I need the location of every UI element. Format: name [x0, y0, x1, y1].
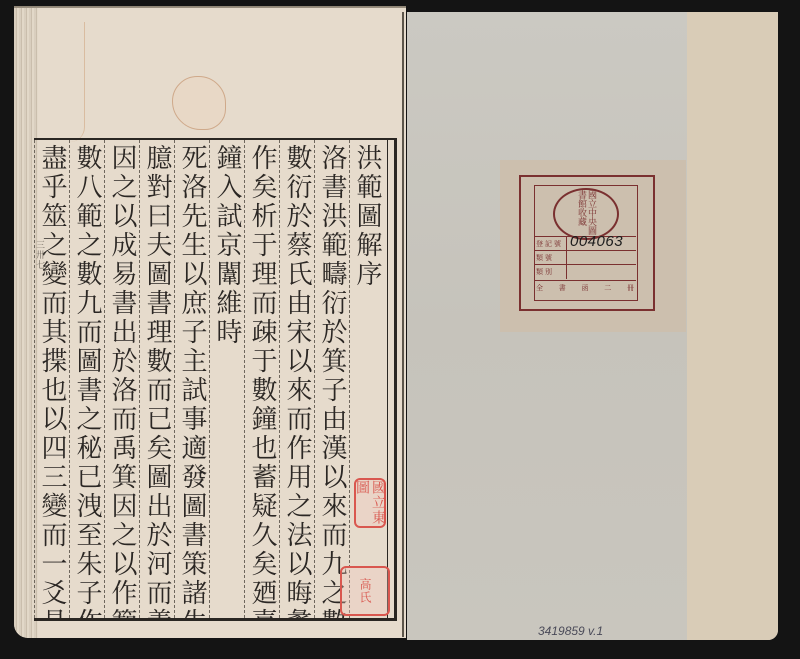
footer-char: 書: [559, 283, 566, 293]
book-gutter: [402, 12, 404, 637]
footer-char: 函: [582, 283, 589, 293]
text-column: 洛書洪範疇衍於箕子由漢以來而九之數不傳: [314, 140, 349, 618]
paper-strip: [687, 12, 778, 640]
red-seal-stamp: 國立東圖: [354, 478, 386, 528]
footer-char: 冊: [627, 283, 634, 293]
text-column: 鐘入試京闈維時: [209, 140, 244, 618]
print-frame: 洪範圖解序 洛書洪範疇衍於箕子由漢以來而九之數不傳 數衍於蔡氏由宋以來而作用之法…: [34, 138, 397, 621]
water-stain: [172, 76, 226, 130]
label-row-volume-count: 全 書 函 二 冊: [534, 280, 636, 295]
field-label: 登記號: [536, 239, 564, 249]
label-row-class-number: 類號: [534, 250, 636, 265]
text-column: 作矣析于理而疎于數鐘也蓄疑久矣廼嘉靖戊子: [244, 140, 279, 618]
margin-text: 三卅七: [36, 240, 46, 320]
text-column: 死洛先生以庶子主試事適發圖書策諸生鐘惟以: [174, 140, 209, 618]
text-column: 因之以成易書出於洛而禹箕因之以作範然卦之: [104, 140, 139, 618]
registration-number: 004063: [570, 233, 623, 250]
book-spread: 洪範圖解序 洛書洪範疇衍於箕子由漢以來而九之數不傳 數衍於蔡氏由宋以來而作用之法…: [0, 0, 800, 659]
field-label: 類別: [536, 267, 564, 277]
text-columns: 洪範圖解序 洛書洪範疇衍於箕子由漢以來而九之數不傳 數衍於蔡氏由宋以來而作用之法…: [34, 140, 384, 618]
shelf-mark: 3419859 v.1: [538, 624, 603, 638]
text-column: 數八範之數九而圖書之秘已洩至朱子作啓蒙以: [69, 140, 104, 618]
text-column: 數衍於蔡氏由宋以來而作用之法以晦蠡峯氏有: [279, 140, 314, 618]
footer-char: 二: [604, 283, 611, 293]
label-row-category: 類別: [534, 264, 636, 279]
footer-char: 全: [536, 283, 543, 293]
preface-title: 洪範圖解序: [349, 140, 384, 618]
water-stain-edge: [70, 22, 85, 142]
divider: [566, 237, 567, 251]
text-column: 臆對曰夫圖書理數而已矣圖出於河而羲文周孔: [139, 140, 174, 618]
volume-count: 全 書 函 二 冊: [536, 283, 634, 293]
label-row-registration: 登記號 004063: [534, 236, 636, 251]
frame-double-rule: [387, 140, 388, 618]
field-label: 類號: [536, 253, 564, 263]
red-seal-stamp: 高氏: [340, 566, 390, 616]
text-column: 盡乎筮之變而其揲也以四三變而一爻具九變而: [34, 140, 69, 618]
divider: [566, 251, 567, 265]
divider: [566, 265, 567, 279]
